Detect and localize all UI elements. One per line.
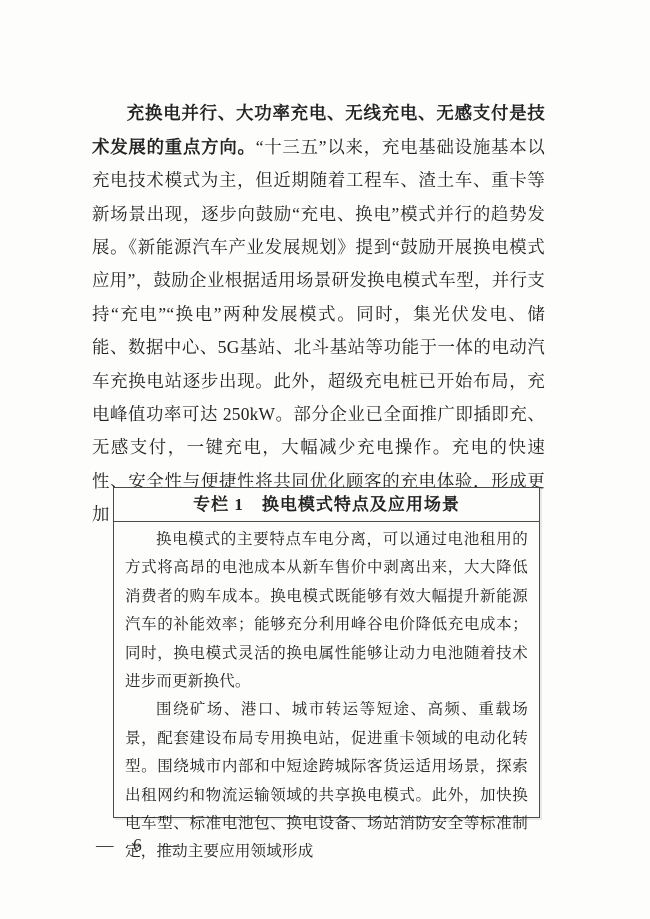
callout-box-body: 换电模式的主要特点车电分离，可以通过电池租用的方式将高昂的电池成本从新车售价中剥…: [114, 522, 539, 867]
document-page: 充换电并行、大功率充电、无线充电、无感支付是技术发展的重点方向。“十三五”以来，…: [0, 0, 650, 919]
callout-paragraph-2: 围绕矿场、港口、城市转运等短途、高频、重载场景，配套建设布局专用换电站，促进重卡…: [125, 696, 528, 866]
callout-box: 专栏 1 换电模式特点及应用场景 换电模式的主要特点车电分离，可以通过电池租用的…: [113, 487, 540, 818]
intro-paragraph: 充换电并行、大功率充电、无线充电、无感支付是技术发展的重点方向。“十三五”以来，…: [92, 97, 545, 531]
callout-paragraph-1: 换电模式的主要特点车电分离，可以通过电池租用的方式将高昂的电池成本从新车售价中剥…: [125, 526, 528, 696]
callout-box-title: 专栏 1 换电模式特点及应用场景: [114, 488, 539, 522]
page-number: — 6 —: [96, 832, 180, 857]
intro-body-text: “十三五”以来，充电基础设施基本以充电技术模式为主，但近期随着工程车、渣土车、重…: [92, 137, 545, 524]
